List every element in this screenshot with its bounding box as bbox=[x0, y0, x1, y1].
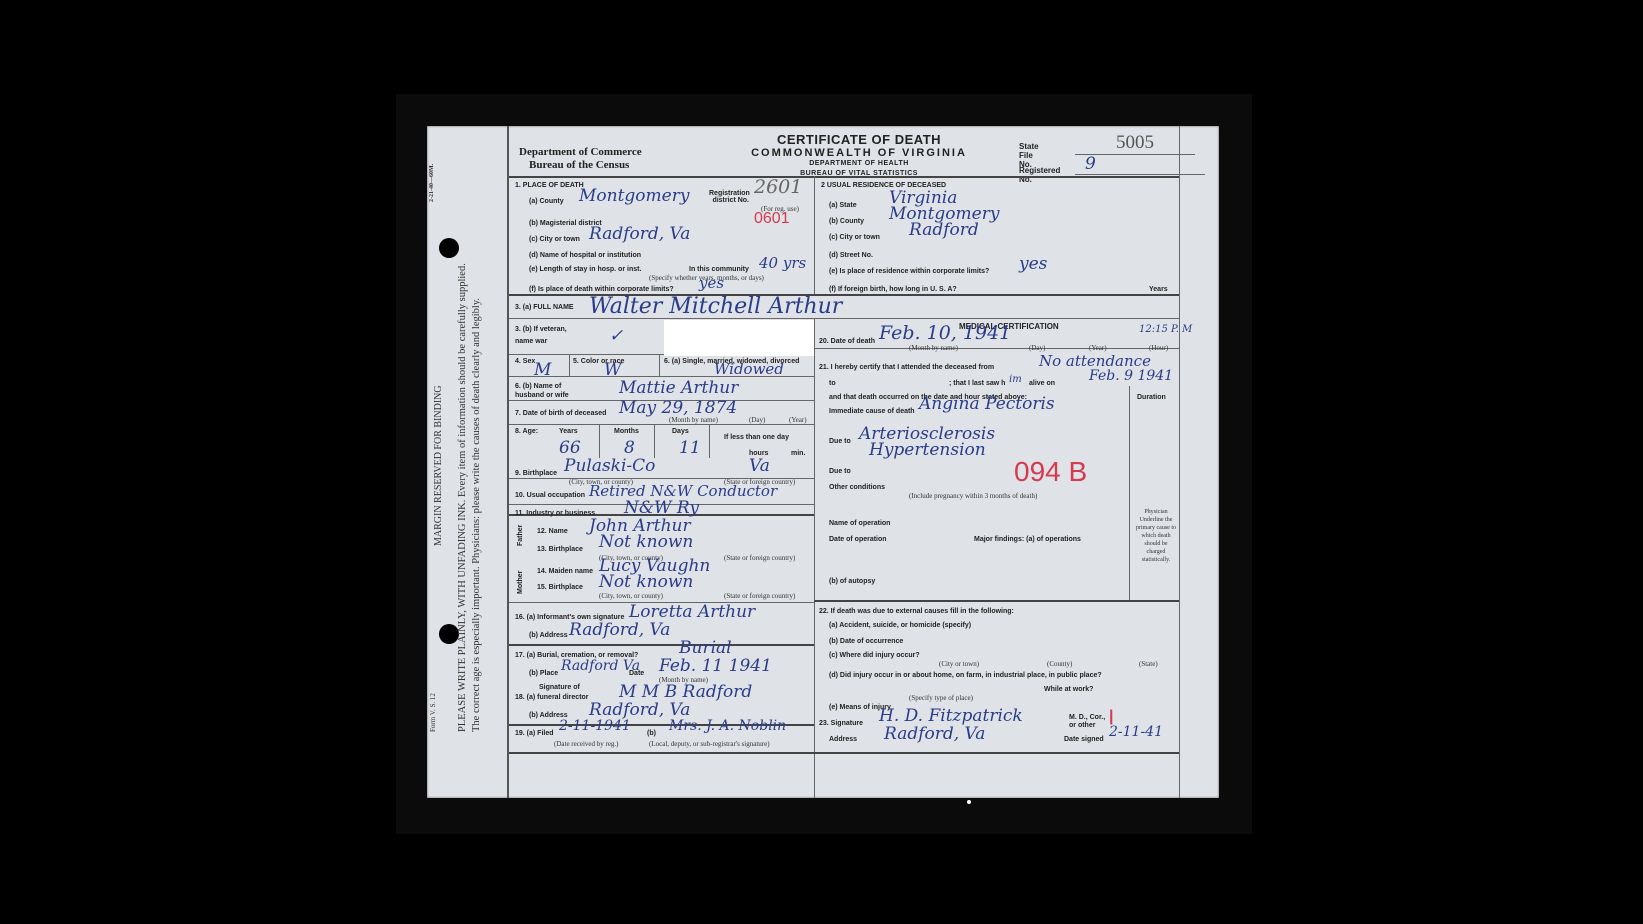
age-label: 8. Age: bbox=[515, 428, 538, 435]
registered-number: 9 bbox=[1075, 154, 1205, 175]
informant-addr-label: (b) Address bbox=[529, 632, 568, 639]
state-file-number: 5005 bbox=[1075, 132, 1195, 155]
mother-name-label: 14. Maiden name bbox=[537, 568, 593, 575]
day-note: (Day) bbox=[1029, 344, 1045, 352]
registrar-field[interactable]: Mrs. J. A. Noblin bbox=[669, 718, 786, 734]
hospital-label: (d) Name of hospital or institution bbox=[529, 252, 641, 259]
physician-address-field[interactable]: Radford, Va bbox=[884, 724, 985, 744]
death-city-field[interactable]: Radford, Va bbox=[589, 224, 690, 244]
death-hour-field[interactable]: 12:15 P. M bbox=[1139, 324, 1192, 335]
reg-district-label: Registration district No. bbox=[709, 190, 749, 204]
external-causes-label: 22. If death was due to external causes … bbox=[819, 608, 1014, 615]
burial-place-label: (b) Place bbox=[529, 670, 558, 677]
res-street-label: (d) Street No. bbox=[829, 252, 873, 259]
city-note: (City, town, or county) bbox=[599, 592, 663, 600]
mother-label: Mother bbox=[517, 571, 524, 594]
accident-label: (a) Accident, suicide, or homicide (spec… bbox=[829, 622, 971, 629]
director-label: 18. (a) funeral director bbox=[515, 694, 589, 701]
bureau-census: Bureau of the Census bbox=[519, 159, 642, 172]
op-date-label: Date of operation bbox=[829, 536, 887, 543]
where-label: (c) Where did injury occur? bbox=[829, 652, 920, 659]
dept-commerce: Department of Commerce bbox=[519, 146, 642, 159]
physician-signature[interactable]: H. D. Fitzpatrick bbox=[879, 706, 1023, 726]
occupation-label: 10. Usual occupation bbox=[515, 492, 585, 499]
years-label: Years bbox=[1149, 286, 1168, 293]
marital-field[interactable]: Widowed bbox=[714, 360, 784, 378]
duration-label: Duration bbox=[1137, 394, 1166, 401]
full-name-label: 3. (a) FULL NAME bbox=[515, 304, 574, 311]
age-days-label: Days bbox=[672, 428, 689, 435]
informant-field[interactable]: Loretta Arthur bbox=[629, 602, 755, 622]
binding-note: MARGIN RESERVED FOR BINDING bbox=[433, 385, 444, 546]
redacted-area bbox=[664, 320, 814, 356]
due-to-secondary-field[interactable]: Hypertension bbox=[869, 440, 986, 460]
sex-label: 4. Sex bbox=[515, 358, 535, 365]
reg-district-field[interactable]: 2601 bbox=[754, 176, 802, 198]
age-years-label: Years bbox=[559, 428, 578, 435]
dob-field[interactable]: May 29, 1874 bbox=[619, 398, 737, 418]
date-signed-field[interactable]: 2-11-41 bbox=[1109, 724, 1163, 740]
year-note: (Year) bbox=[1089, 344, 1107, 352]
age-days-field[interactable]: 11 bbox=[679, 438, 701, 458]
filed-label: 19. (a) Filed bbox=[515, 730, 554, 737]
res-corporate-label: (e) Is place of residence within corpora… bbox=[829, 268, 989, 275]
foreign-label: (f) If foreign birth, how long in U. S. … bbox=[829, 286, 957, 293]
home-label: (d) Did injury occur in or about home, o… bbox=[829, 672, 1102, 679]
death-certificate: Form V. S. 12 2-21-40—60M. MARGIN RESERV… bbox=[427, 126, 1219, 798]
certificate-title-block: CERTIFICATE OF DEATH COMMONWEALTH OF VIR… bbox=[709, 132, 1009, 179]
immediate-cause-field[interactable]: Angina Pectoris bbox=[919, 394, 1055, 414]
commonwealth-title: COMMONWEALTH OF VIRGINIA bbox=[709, 147, 1009, 159]
instructions-line-1: PLEASE WRITE PLAINLY, WITH UNFADING INK.… bbox=[457, 263, 468, 732]
res-city-field[interactable]: Radford bbox=[909, 220, 979, 240]
res-corporate-field[interactable]: yes bbox=[1019, 254, 1047, 274]
dob-label: 7. Date of birth of deceased bbox=[515, 410, 606, 417]
work-label: While at work? bbox=[1044, 686, 1093, 693]
spouse-field[interactable]: Mattie Arthur bbox=[619, 378, 738, 398]
mother-birth-field[interactable]: Not known bbox=[599, 572, 693, 592]
county-note: (County) bbox=[1047, 660, 1072, 668]
due-to-label: Due to bbox=[829, 438, 851, 445]
mother-birth-label: 15. Birthplace bbox=[537, 584, 583, 591]
pregnancy-note: (Include pregnancy within 3 months of de… bbox=[909, 492, 1037, 500]
state-file-label: State File No. bbox=[1019, 142, 1039, 169]
father-birth-label: 13. Birthplace bbox=[537, 546, 583, 553]
state-note: (State or foreign country) bbox=[724, 554, 795, 562]
veteran-field[interactable]: ✓ bbox=[609, 326, 623, 346]
burial-date-label: Date bbox=[629, 670, 644, 677]
spouse-label: 6. (b) Name of husband or wife bbox=[515, 382, 585, 400]
death-city-label: (c) City or town bbox=[529, 236, 580, 243]
year-note: (Year) bbox=[789, 416, 807, 424]
filed-field[interactable]: 2-11-1941 bbox=[559, 718, 631, 734]
min-label: min. bbox=[791, 450, 805, 457]
director-field[interactable]: M M B Radford bbox=[619, 682, 752, 702]
age-months-label: Months bbox=[614, 428, 639, 435]
industry-field[interactable]: N&W Ry bbox=[624, 498, 699, 518]
father-label: Father bbox=[517, 525, 524, 546]
burial-field[interactable]: Burial bbox=[679, 638, 732, 658]
last-alive-field[interactable]: Feb. 9 1941 bbox=[1089, 368, 1173, 384]
state-note: (State) bbox=[1139, 660, 1158, 668]
to-label: to bbox=[829, 380, 836, 387]
punch-hole-icon bbox=[439, 624, 459, 644]
stay-label: (e) Length of stay in hosp. or inst. bbox=[529, 266, 641, 273]
physician-note: Physician Underline the primary cause to… bbox=[1135, 508, 1177, 564]
registered-label: Registered No. bbox=[1019, 166, 1060, 184]
certificate-title: CERTIFICATE OF DEATH bbox=[709, 132, 1009, 147]
death-date-label: 20. Date of death bbox=[819, 338, 875, 345]
date-signed-label: Date signed bbox=[1064, 736, 1104, 743]
community-label: In this community bbox=[689, 266, 749, 273]
dept-header: Department of Commerce Bureau of the Cen… bbox=[519, 146, 642, 172]
certificate-form: Department of Commerce Bureau of the Cen… bbox=[509, 126, 1219, 798]
pronoun-field[interactable]: im bbox=[1009, 374, 1022, 385]
father-name-label: 12. Name bbox=[537, 528, 568, 535]
last-saw-label: ; that I last saw h bbox=[949, 380, 1005, 387]
other-conditions-label: Other conditions bbox=[829, 484, 885, 491]
print-code: 2-21-40—60M. bbox=[429, 164, 435, 202]
age-years-field[interactable]: 66 bbox=[559, 438, 581, 458]
alive-label: alive on bbox=[1029, 380, 1055, 387]
month-note: (Month by name) bbox=[909, 344, 958, 352]
birthplace-state-field[interactable]: Va bbox=[749, 456, 770, 476]
registrar-label: (b) bbox=[647, 730, 656, 737]
day-note: (Day) bbox=[749, 416, 765, 424]
industry-label: 11. Industry or business bbox=[515, 510, 595, 517]
birthplace-label: 9. Birthplace bbox=[515, 470, 557, 477]
race-field[interactable]: W bbox=[604, 360, 621, 380]
burial-date-field[interactable]: Feb. 11 1941 bbox=[659, 656, 772, 676]
res-state-label: (a) State bbox=[829, 202, 857, 209]
death-date-field[interactable]: Feb. 10, 1941 bbox=[879, 322, 1011, 344]
res-county-label: (b) County bbox=[829, 218, 864, 225]
md-label: M. D., Cor., or other bbox=[1069, 714, 1109, 730]
less-than-day-label: If less than one day bbox=[724, 434, 789, 441]
informant-addr-field[interactable]: Radford, Va bbox=[569, 620, 670, 640]
sex-field[interactable]: M bbox=[534, 360, 551, 380]
cause-code: 094 B bbox=[1014, 456, 1087, 488]
death-corporate-label: (f) Is place of death within corporate l… bbox=[529, 286, 674, 293]
place-type-note: (Specify type of place) bbox=[909, 694, 973, 702]
autopsy-label: (b) of autopsy bbox=[829, 578, 875, 585]
father-birth-field[interactable]: Not known bbox=[599, 532, 693, 552]
death-county-field[interactable]: Montgomery bbox=[579, 186, 689, 206]
instructions-line-2: The correct age is especially important.… bbox=[471, 298, 482, 732]
month-note: (Month by name) bbox=[669, 416, 718, 424]
state-note: (State or foreign country) bbox=[724, 592, 795, 600]
full-name-field[interactable]: Walter Mitchell Arthur bbox=[589, 294, 842, 319]
director-sig-label: Signature of bbox=[539, 684, 580, 691]
form-number: Form V. S. 12 bbox=[429, 693, 437, 732]
veteran-label: 3. (b) If veteran, name war bbox=[515, 324, 575, 348]
hour-note: (Hour) bbox=[1149, 344, 1168, 352]
community-stay-field[interactable]: 40 yrs bbox=[759, 254, 806, 272]
due-to-label-2: Due to bbox=[829, 468, 851, 475]
death-corporate-field[interactable]: yes bbox=[699, 274, 724, 292]
filed-note: (Date received by reg.) bbox=[554, 740, 619, 748]
binding-margin: Form V. S. 12 2-21-40—60M. MARGIN RESERV… bbox=[427, 126, 509, 798]
punch-hole-icon bbox=[439, 238, 459, 258]
operation-label: Name of operation bbox=[829, 520, 890, 527]
county-label: (a) County bbox=[529, 198, 564, 205]
registrar-note: (Local, deputy, or sub-registrar's signa… bbox=[649, 740, 770, 748]
occurrence-label: (b) Date of occurrence bbox=[829, 638, 903, 645]
dept-health: DEPARTMENT OF HEALTH bbox=[709, 159, 1009, 169]
city-note: (City or town) bbox=[939, 660, 979, 668]
immediate-cause-label: Immediate cause of death bbox=[829, 408, 915, 415]
age-months-field[interactable]: 8 bbox=[624, 438, 635, 458]
res-city-label: (c) City or town bbox=[829, 234, 880, 241]
director-addr-field[interactable]: Radford, Va bbox=[589, 700, 690, 720]
place-of-death-label: 1. PLACE OF DEATH bbox=[515, 182, 584, 189]
scan-artifact bbox=[967, 800, 971, 804]
findings-label: Major findings: (a) of operations bbox=[974, 536, 1081, 543]
reg-use-code: 0601 bbox=[754, 210, 790, 228]
physician-address-label: Address bbox=[829, 736, 857, 743]
signature-label: 23. Signature bbox=[819, 720, 863, 727]
attend-label: 21. I hereby certify that I attended the… bbox=[819, 364, 994, 371]
birthplace-city-field[interactable]: Pulaski-Co bbox=[564, 456, 655, 476]
